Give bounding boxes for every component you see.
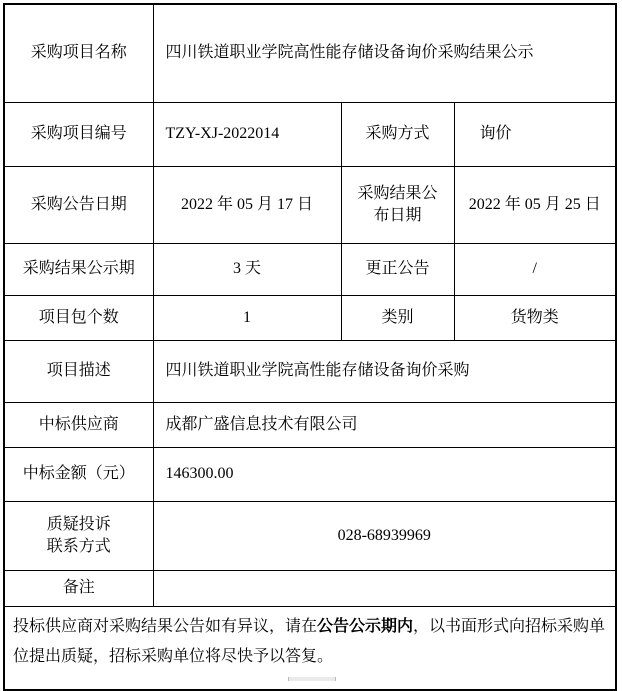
complaint-contact-label: 质疑投诉 联系方式: [4, 502, 153, 571]
footer-text-before: 投标供应商对采购结果公告如有异议，请在: [13, 618, 317, 635]
document-body: 采购项目名称 四川铁道职业学院高性能存储设备询价采购结果公示 采购项目编号 TZ…: [3, 3, 617, 681]
table-row: 中标供应商 成都广盛信息技术有限公司: [4, 403, 616, 448]
package-count-label: 项目包个数: [4, 296, 153, 341]
package-count-value: 1: [153, 296, 341, 341]
table-row: 备注: [4, 571, 616, 607]
complaint-contact-value: 028-68939969: [153, 502, 616, 571]
project-description-value: 四川铁道职业学院高性能存储设备询价采购: [153, 341, 616, 403]
remarks-label: 备注: [4, 571, 153, 607]
table-row: 采购结果公示期 3 天 更正公告 /: [4, 244, 616, 296]
announcement-date-value: 2022 年 05 月 17 日: [153, 167, 341, 244]
category-label: 类别: [341, 296, 454, 341]
horizontal-scrollbar-thumb[interactable]: [288, 677, 336, 681]
project-number-label: 采购项目编号: [4, 103, 153, 167]
correction-notice-value: /: [454, 244, 616, 296]
result-publish-date-value: 2022 年 05 月 25 日: [454, 167, 616, 244]
table-row: 中标金额（元） 146300.00: [4, 448, 616, 502]
table-row: 采购项目名称 四川铁道职业学院高性能存储设备询价采购结果公示: [4, 4, 616, 103]
table-row: 采购公告日期 2022 年 05 月 17 日 采购结果公 布日期 2022 年…: [4, 167, 616, 244]
correction-notice-label: 更正公告: [341, 244, 454, 296]
procurement-method-label: 采购方式: [341, 103, 454, 167]
project-name-label: 采购项目名称: [4, 4, 153, 103]
winning-amount-value: 146300.00: [153, 448, 616, 502]
table-row: 质疑投诉 联系方式 028-68939969: [4, 502, 616, 571]
procurement-result-table: 采购项目名称 四川铁道职业学院高性能存储设备询价采购结果公示 采购项目编号 TZ…: [3, 3, 617, 681]
project-name-value: 四川铁道职业学院高性能存储设备询价采购结果公示: [153, 4, 616, 103]
winning-supplier-value: 成都广盛信息技术有限公司: [153, 403, 616, 448]
remarks-value: [153, 571, 616, 607]
announcement-date-label: 采购公告日期: [4, 167, 153, 244]
publicity-period-label: 采购结果公示期: [4, 244, 153, 296]
table-row: 采购项目编号 TZY-XJ-2022014 采购方式 询价: [4, 103, 616, 167]
project-description-label: 项目描述: [4, 341, 153, 403]
footer-bold-text: 公告公示期内: [317, 618, 413, 635]
footer-row: 投标供应商对采购结果公告如有异议，请在公告公示期内，以书面形式向招标采购单位提出…: [4, 607, 616, 682]
project-number-value: TZY-XJ-2022014: [153, 103, 341, 167]
procurement-method-value: 询价: [454, 103, 616, 167]
winning-amount-label: 中标金额（元）: [4, 448, 153, 502]
publicity-period-value: 3 天: [153, 244, 341, 296]
table-row: 项目描述 四川铁道职业学院高性能存储设备询价采购: [4, 341, 616, 403]
result-publish-date-label: 采购结果公 布日期: [341, 167, 454, 244]
footer-note: 投标供应商对采购结果公告如有异议，请在公告公示期内，以书面形式向招标采购单位提出…: [4, 607, 616, 682]
winning-supplier-label: 中标供应商: [4, 403, 153, 448]
category-value: 货物类: [454, 296, 616, 341]
table-row: 项目包个数 1 类别 货物类: [4, 296, 616, 341]
